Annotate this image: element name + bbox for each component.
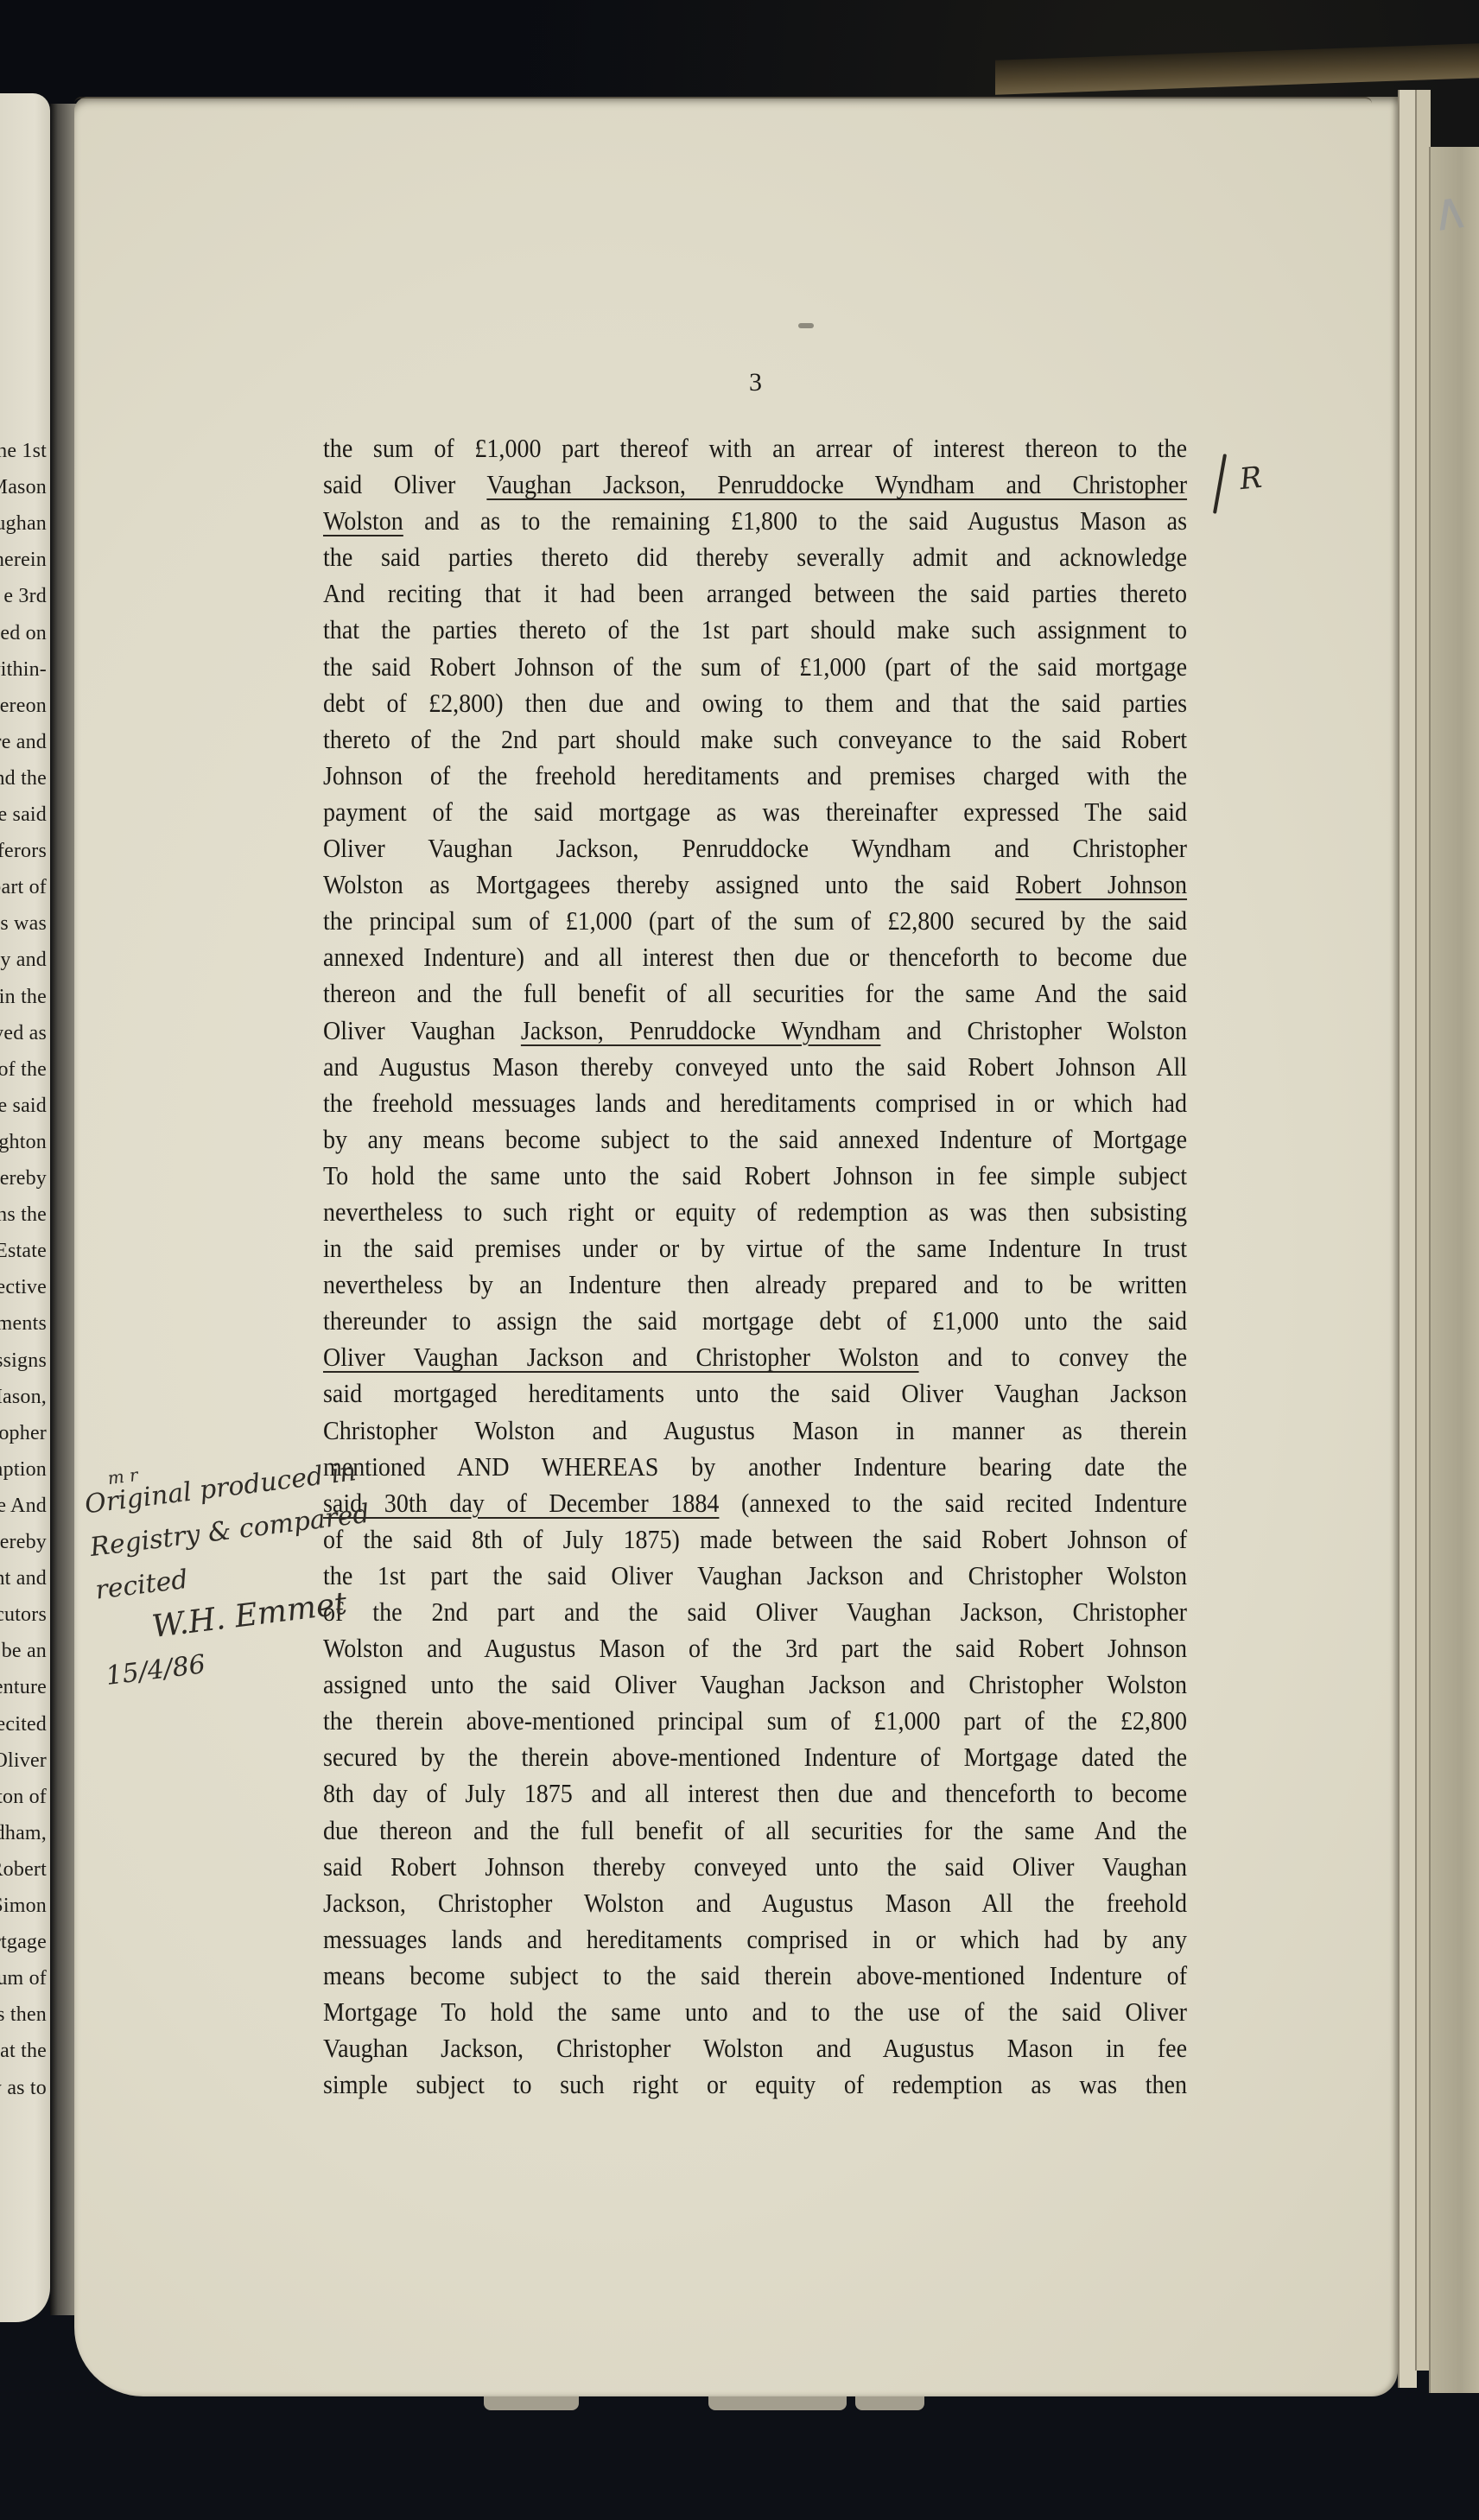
previous-page-text-fragment: Mason — [0, 477, 47, 498]
previous-page-text-fragment: in the — [0, 987, 47, 1007]
text-line: Christopher Wolston and Augustus Mason i… — [323, 1412, 1187, 1449]
previous-page-text-fragment: ighton — [0, 1132, 47, 1152]
text-line: secured by the therein above-mentioned I… — [323, 1739, 1187, 1775]
previous-page-text-fragment: ty as to — [0, 2078, 47, 2098]
book-gutter — [50, 104, 76, 2315]
text-line: thereunder to assign the said mortgage d… — [323, 1303, 1187, 1339]
text-line: simple subject to such right or equity o… — [323, 2066, 1187, 2103]
text-line: Oliver Vaughan Jackson and Christopher W… — [323, 1339, 1187, 1375]
text-line: nevertheless to such right or equity of … — [323, 1194, 1187, 1230]
previous-page-text-fragment: aments — [0, 1313, 47, 1334]
text-line: Wolston and as to the remaining £1,800 t… — [323, 503, 1187, 539]
previous-page: he 1stMasonughanhereine 3rdied onvithin-… — [0, 93, 50, 2322]
text-line: that the parties thereto of the 1st part… — [323, 612, 1187, 648]
previous-page-text-fragment: sum of — [0, 1968, 47, 1989]
text-line: due thereon and the full benefit of all … — [323, 1812, 1187, 1849]
text-line: payment of the said mortgage as was ther… — [323, 794, 1187, 830]
text-line: Mortgage To hold the same unto and to th… — [323, 1994, 1187, 2030]
text-line: the said parties thereto did thereby sev… — [323, 539, 1187, 575]
underlined-phrase: Vaughan Jackson, Penruddocke Wyndham and… — [486, 470, 1187, 499]
previous-page-text-fragment: re And — [0, 1495, 47, 1516]
text-line: thereon and the full benefit of all secu… — [323, 975, 1187, 1012]
text-line: To hold the same unto the said Robert Jo… — [323, 1158, 1187, 1194]
text-line: thereto of the 2nd part should make such… — [323, 721, 1187, 758]
text-line: nevertheless by an Indenture then alread… — [323, 1266, 1187, 1303]
text-line: of the said 8th of July 1875) made betwe… — [323, 1521, 1187, 1558]
text-line: messuages lands and hereditaments compri… — [323, 1921, 1187, 1958]
text-line: by any means become subject to the said … — [323, 1121, 1187, 1158]
previous-page-text-fragment: ied on — [0, 623, 47, 644]
previous-page-text-fragment: e said — [0, 804, 47, 825]
previous-page-text-fragment: Oliver — [0, 1750, 47, 1771]
previous-page-text-fragment: nd the — [0, 768, 47, 789]
previous-page-text-fragment: Mason, — [0, 1387, 47, 1407]
previous-page-text-fragment: e said — [0, 1095, 47, 1116]
previous-page-text-fragment: part of — [0, 877, 47, 898]
text-line: and Augustus Mason thereby conveyed unto… — [323, 1049, 1187, 1085]
underlined-phrase: Robert Johnson — [1015, 870, 1187, 899]
previous-page-text-fragment: e 3rd — [3, 586, 47, 606]
previous-page-text-fragment: he 1st — [0, 441, 47, 461]
previous-page-text-fragment: gns the — [0, 1204, 47, 1225]
underlined-phrase: Wolston — [323, 506, 403, 536]
text-line: Jackson, Christopher Wolston and Augustu… — [323, 1885, 1187, 1921]
previous-page-text-fragment: denture — [0, 1677, 47, 1698]
previous-page-text-fragment: as then — [0, 2004, 47, 2025]
indenture-text: the sum of £1,000 part thereof with an a… — [323, 430, 1187, 2103]
previous-page-text-fragment: ortgage — [0, 1932, 47, 1952]
text-line: annexed Indenture) and all interest then… — [323, 939, 1187, 975]
text-line: Johnson of the freehold hereditaments an… — [323, 758, 1187, 794]
text-line: debt of £2,800) then due and owing to th… — [323, 685, 1187, 721]
previous-page-text-fragment: pective — [0, 1277, 47, 1298]
text-line: the principal sum of £1,000 (part of the… — [323, 903, 1187, 939]
text-line: the 1st part the said Oliver Vaughan Jac… — [323, 1558, 1187, 1594]
text-line: said 30th day of December 1884 (annexed … — [323, 1485, 1187, 1521]
previous-page-text-fragment: ughan — [0, 513, 47, 534]
margin-initials: R — [1238, 460, 1264, 497]
underlined-phrase: said 30th day of December 1884 — [323, 1489, 719, 1518]
previous-page-text-fragment: assigns — [0, 1350, 47, 1371]
text-line: Vaughan Jackson, Christopher Wolston and… — [323, 2030, 1187, 2066]
text-line: 8th day of July 1875 and all interest th… — [323, 1775, 1187, 1812]
ink-smudge — [798, 323, 814, 328]
previous-page-text-fragment: Robert — [0, 1859, 47, 1880]
previous-page-text-fragment: eyed as — [0, 1023, 47, 1044]
text-line: And reciting that it had been arranged b… — [323, 575, 1187, 612]
previous-page-text-fragment: recited — [0, 1714, 47, 1735]
previous-page-text-fragment: mption — [0, 1459, 47, 1480]
text-line: assigned unto the said Oliver Vaughan Ja… — [323, 1666, 1187, 1703]
text-line: means become subject to the said therein… — [323, 1958, 1187, 1994]
underlined-phrase: Jackson, Penruddocke Wyndham — [521, 1016, 881, 1045]
underlined-phrase: Oliver Vaughan Jackson and Christopher W… — [323, 1343, 919, 1372]
previous-page-text-fragment: re and — [0, 732, 47, 752]
text-line: in the said premises under or by virtue … — [323, 1230, 1187, 1266]
previous-page-text-fragment: by and — [0, 949, 47, 970]
text-line: Wolston as Mortgagees thereby assigned u… — [323, 866, 1187, 903]
text-line: of the 2nd part and the said Oliver Vaug… — [323, 1594, 1187, 1630]
text-line: the said Robert Johnson of the sum of £1… — [323, 649, 1187, 685]
text-line: said Robert Johnson thereby conveyed unt… — [323, 1849, 1187, 1885]
previous-page-text-fragment: herein — [0, 549, 47, 570]
previous-page-text-fragment: hereby — [0, 1532, 47, 1552]
previous-page-text-fragment: Simon — [0, 1895, 47, 1916]
handwritten-margin-note: m r Original produced in Registry & comp… — [79, 1431, 349, 1698]
previous-page-text-fragment: vithin- — [0, 659, 47, 680]
previous-page-text-fragment: be an — [2, 1641, 47, 1661]
previous-page-text-fragment: sferors — [0, 841, 47, 861]
previous-page-text-fragment: nt and — [0, 1568, 47, 1589]
previous-page-text-fragment: Estate — [0, 1241, 47, 1261]
text-line: mentioned AND WHEREAS by another Indentu… — [323, 1449, 1187, 1485]
previous-page-text-fragment: stopher — [0, 1423, 47, 1444]
text-line: said Oliver Vaughan Jackson, Penruddocke… — [323, 467, 1187, 503]
text-line: the therein above-mentioned principal su… — [323, 1703, 1187, 1739]
text-line: the freehold messuages lands and heredit… — [323, 1085, 1187, 1121]
previous-page-text-fragment: ndham, — [0, 1823, 47, 1844]
previous-page-text-fragment: ston of — [0, 1787, 47, 1807]
text-line: said mortgaged hereditaments unto the sa… — [323, 1375, 1187, 1412]
previous-page-text-fragment: of the — [0, 1059, 47, 1080]
text-line: the sum of £1,000 part thereof with an a… — [323, 430, 1187, 467]
text-line: Oliver Vaughan Jackson, Penruddocke Wynd… — [323, 1012, 1187, 1049]
previous-page-text-fragment: hereby — [0, 1168, 47, 1189]
previous-page-text-fragment: hat the — [0, 2041, 47, 2061]
text-line: Wolston and Augustus Mason of the 3rd pa… — [323, 1630, 1187, 1666]
previous-page-text-fragment: hereon — [0, 695, 47, 716]
page-edge — [1398, 90, 1417, 2388]
text-line: Oliver Vaughan Jackson, Penruddocke Wynd… — [323, 830, 1187, 866]
previous-page-text-fragment: ecutors — [0, 1604, 47, 1625]
page-edge — [1429, 147, 1479, 2393]
page-number: 3 — [749, 370, 762, 396]
previous-page-text-fragment: as was — [0, 913, 47, 934]
